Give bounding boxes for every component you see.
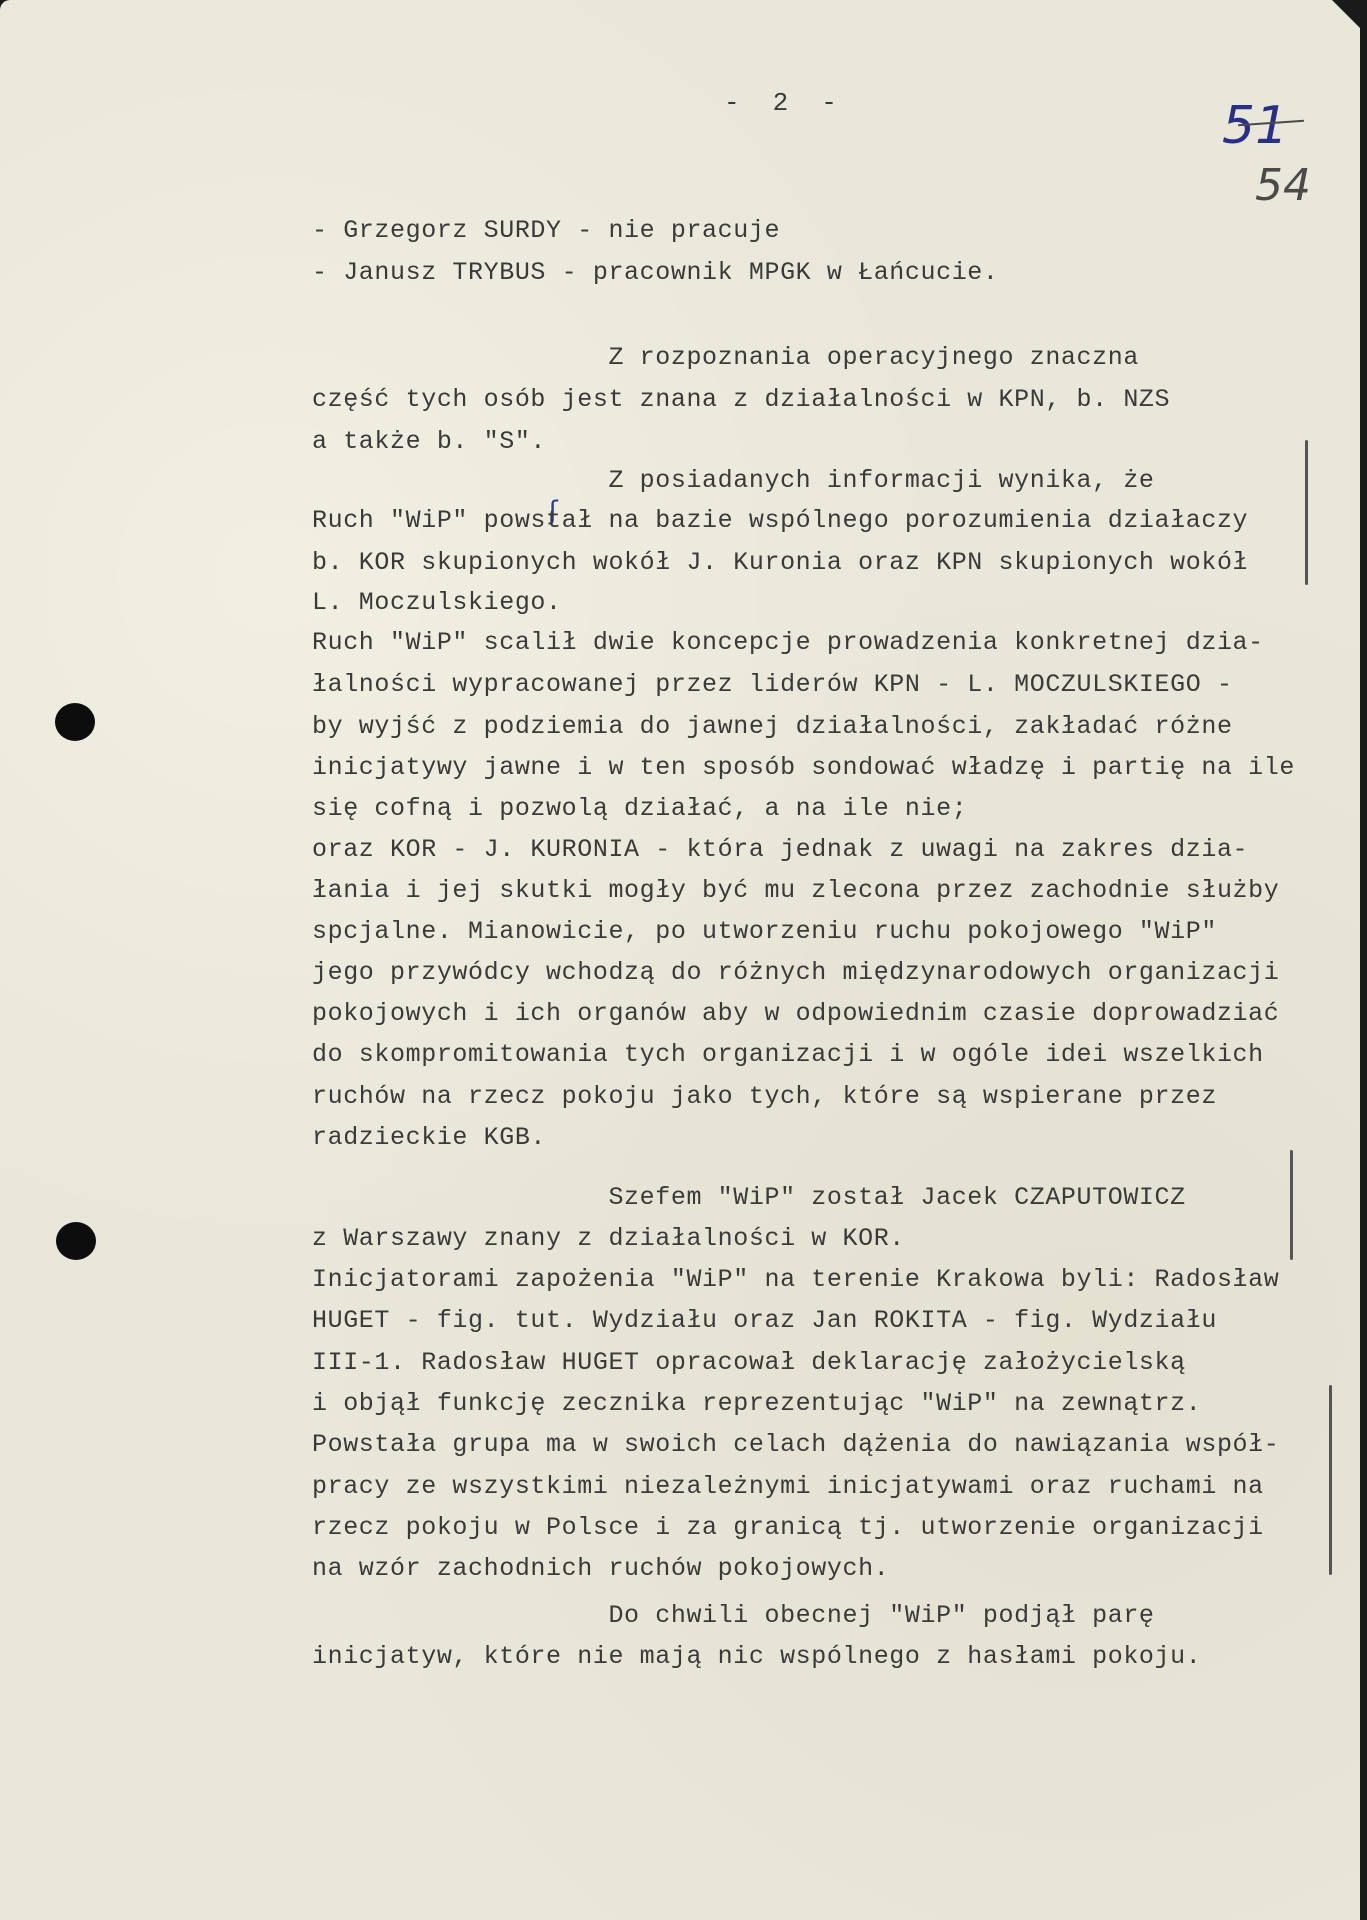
text-line: oraz KOR - J. KURONIA - która jednak z u…: [312, 837, 1248, 862]
text-line: pokojowych i ich organów aby w odpowiedn…: [312, 1001, 1279, 1026]
text-line: III-1. Radosław HUGET opracował deklarac…: [312, 1350, 1186, 1375]
margin-marker-line: [1290, 1150, 1293, 1260]
text-line: - Grzegorz SURDY - nie pracuje: [312, 218, 780, 243]
margin-marker-line: [1329, 1385, 1332, 1575]
document-page: - 2 - 51 54 ʃ - Grzegorz SURDY - nie pra…: [0, 0, 1360, 1920]
text-line: Do chwili obecnej "WiP" podjął parę: [312, 1603, 1155, 1628]
text-line: Powstała grupa ma w swoich celach dążeni…: [312, 1432, 1279, 1457]
text-line: Z posiadanych informacji wynika, że: [312, 468, 1155, 493]
text-line: łalności wypracowanej przez liderów KPN …: [312, 672, 1233, 697]
text-line: HUGET - fig. tut. Wydziału oraz Jan ROKI…: [312, 1308, 1217, 1333]
punch-hole-icon: [56, 1222, 96, 1260]
text-line: b. KOR skupionych wokół J. Kuronia oraz …: [312, 550, 1248, 575]
text-line: do skompromitowania tych organizacji i w…: [312, 1042, 1264, 1067]
text-line: radzieckie KGB.: [312, 1125, 546, 1150]
text-line: łania i jej skutki mogły być mu zlecona …: [312, 878, 1279, 903]
text-line: Szefem "WiP" został Jacek CZAPUTOWICZ: [312, 1185, 1186, 1210]
text-line: by wyjść z podziemia do jawnej działalno…: [312, 714, 1233, 739]
text-line: spcjalne. Mianowicie, po utworzeniu ruch…: [312, 919, 1217, 944]
text-line: się cofną i pozwolą działać, a na ile ni…: [312, 796, 967, 821]
text-line: Ruch "WiP" scalił dwie koncepcje prowadz…: [312, 630, 1264, 655]
text-line: i objął funkcję zecznika reprezentując "…: [312, 1391, 1201, 1416]
text-line: - Janusz TRYBUS - pracownik MPGK w Łańcu…: [312, 260, 999, 285]
text-line: część tych osób jest znana z działalnośc…: [312, 387, 1170, 412]
text-line: inicjatyw, które nie mają nic wspólnego …: [312, 1644, 1201, 1669]
folded-corner: [1332, 0, 1360, 28]
handwritten-folio-number: 54: [1255, 160, 1311, 211]
margin-marker-line: [1305, 440, 1308, 585]
text-line: ruchów na rzecz pokoju jako tych, które …: [312, 1084, 1217, 1109]
text-line: pracy ze wszystkimi niezależnymi inicjat…: [312, 1474, 1264, 1499]
text-line: a także b. "S".: [312, 429, 546, 454]
page-number: - 2 -: [724, 90, 837, 116]
text-line: z Warszawy znany z działalności w KOR.: [312, 1226, 905, 1251]
punch-hole-icon: [55, 703, 95, 741]
text-line: Z rozpoznania operacyjnego znaczna: [312, 345, 1139, 370]
text-line: na wzór zachodnich ruchów pokojowych.: [312, 1556, 889, 1581]
text-line: rzecz pokoju w Polsce i za granicą tj. u…: [312, 1515, 1264, 1540]
handwritten-folio-number-crossed: 51: [1222, 96, 1288, 156]
text-line: L. Moczulskiego.: [312, 590, 562, 615]
text-line: jego przywódcy wchodzą do różnych między…: [312, 960, 1279, 985]
text-line: Ruch "WiP" powstał na bazie wspólnego po…: [312, 508, 1248, 533]
text-line: Inicjatorami zapożenia "WiP" na terenie …: [312, 1267, 1279, 1292]
text-line: inicjatywy jawne i w ten sposób sondować…: [312, 755, 1295, 780]
